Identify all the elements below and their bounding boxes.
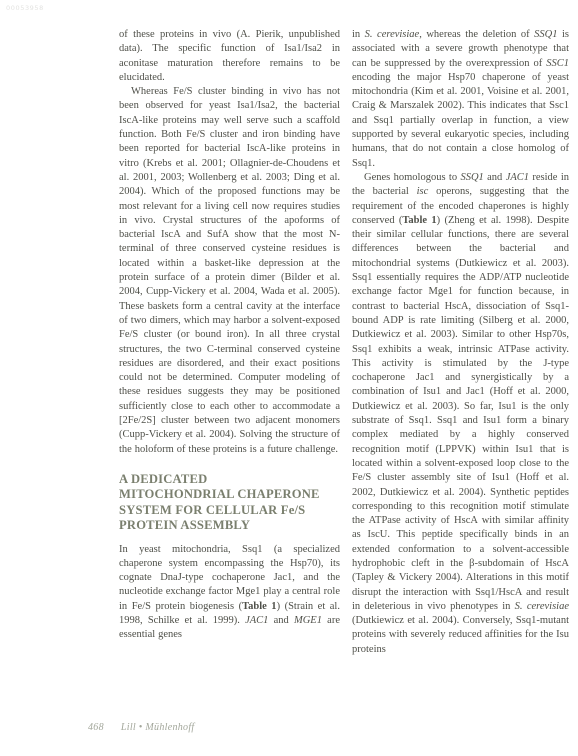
page-number: 468 [88, 722, 104, 733]
section-heading: A DEDICATEDMITOCHONDRIAL CHAPERONESYSTEM… [119, 472, 340, 534]
paragraph: Genes homologous to SSQ1 and JAC1 reside… [352, 171, 569, 657]
running-title: Lill • Mühlenhoff [121, 722, 195, 733]
italic-text: JAC1 [245, 615, 268, 626]
italic-text: JAC1 [506, 172, 529, 183]
bold-text: Table 1 [402, 215, 436, 226]
text-columns: of these proteins in vivo (A. Pierik, un… [119, 28, 569, 712]
watermark-text: 00053958 [6, 4, 44, 12]
italic-text: isc [417, 186, 429, 197]
body-text: and [484, 172, 506, 183]
italic-text: SSC1 [546, 58, 569, 69]
body-text: in [352, 29, 365, 40]
body-text: Genes homologous to [364, 172, 460, 183]
italic-text: S. cerevisiae [515, 601, 569, 612]
body-text: of these proteins in vivo (A. Pierik, un… [119, 29, 340, 83]
left-column: of these proteins in vivo (A. Pierik, un… [119, 28, 340, 712]
right-column: in S. cerevisiae, whereas the deletion o… [352, 28, 569, 712]
paragraph: Whereas Fe/S cluster binding in vivo has… [119, 85, 340, 457]
body-text: Whereas Fe/S cluster binding in vivo has… [119, 86, 340, 454]
body-text: and [268, 615, 294, 626]
document-page: 00053958 of these proteins in vivo (A. P… [0, 0, 578, 756]
body-text: encoding the major Hsp70 chaperone of ye… [352, 72, 569, 169]
italic-text: S. cerevisiae [365, 29, 420, 40]
body-text: , whereas the deletion of [419, 29, 534, 40]
italic-text: MGE1 [294, 615, 322, 626]
running-footer: 468Lill • Mühlenhoff [88, 722, 195, 733]
italic-text: SSQ1 [460, 172, 483, 183]
paragraph: of these proteins in vivo (A. Pierik, un… [119, 28, 340, 85]
body-text: (Dutkiewicz et al. 2004). Conversely, Ss… [352, 615, 569, 655]
paragraph: In yeast mitochondria, Ssq1 (a specializ… [119, 543, 340, 643]
body-text: ) (Zheng et al. 1998). Despite their sim… [352, 215, 569, 612]
bold-text: Table 1 [242, 601, 276, 612]
italic-text: SSQ1 [534, 29, 557, 40]
paragraph: in S. cerevisiae, whereas the deletion o… [352, 28, 569, 171]
